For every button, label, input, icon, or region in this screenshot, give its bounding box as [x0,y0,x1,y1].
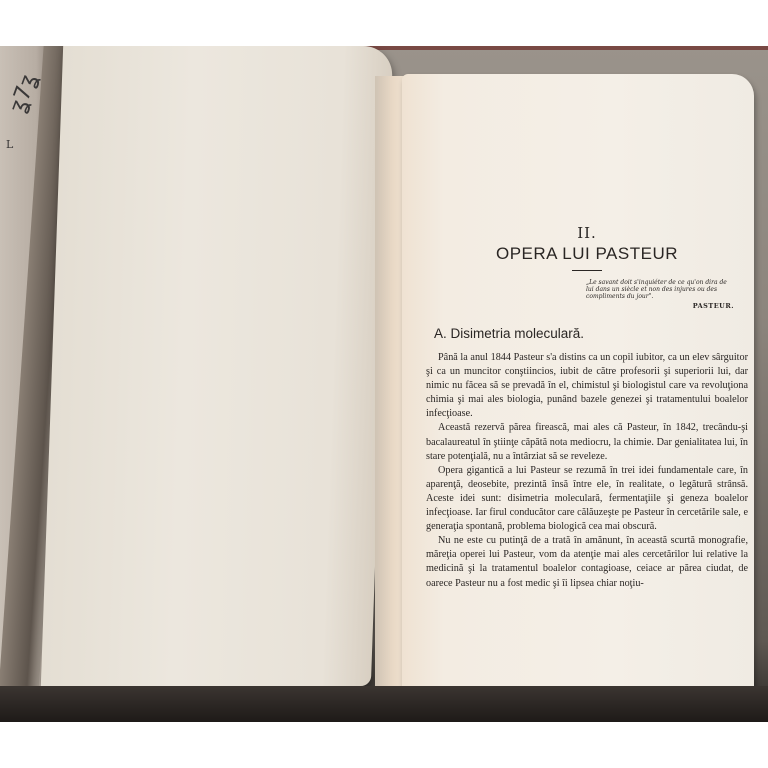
epigraph: „Le savant doit s'inquiéter de ce qu'on … [586,279,736,300]
book-photo: ʓ7ʓ L II. OPERA LUI PASTEUR „Le savant d… [0,46,768,722]
section-title: A. Disimetria moleculară. [434,326,748,341]
paragraph: Această rezervă părea firească, mai ales… [426,421,748,463]
left-page-blank [41,46,393,686]
paragraph: Opera gigantică a lui Pasteur se rezumă … [426,464,748,534]
handwritten-scribble: ʓ7ʓ [5,71,42,117]
page-text: II. OPERA LUI PASTEUR „Le savant doit s'… [426,224,748,591]
paragraph: Nu ne este cu putinţă de a trată în amăn… [426,534,748,590]
title-rule [572,270,602,271]
chapter-number: II. [426,224,748,242]
epigraph-author: PASTEUR. [426,302,734,310]
right-page: II. OPERA LUI PASTEUR „Le savant doit s'… [402,74,754,714]
floor-shadow [0,686,768,722]
printed-letter: L [6,138,13,151]
paragraph: Până la anul 1844 Pasteur s'a distins ca… [426,351,748,421]
chapter-title: OPERA LUI PASTEUR [426,244,748,264]
